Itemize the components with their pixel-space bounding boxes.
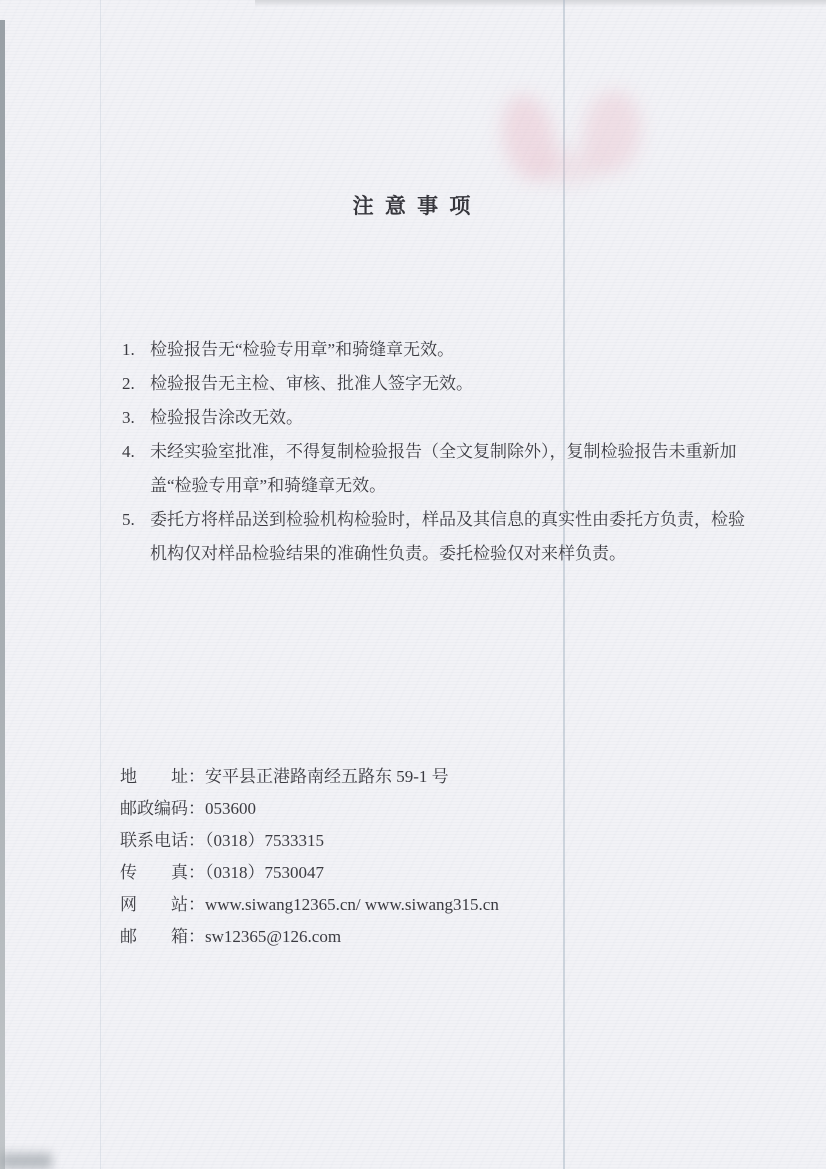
contact-row-phone: 联系电话：（0318）7533315	[120, 825, 499, 857]
contact-row-email: 邮 箱：sw12365@126.com	[120, 921, 499, 953]
notice-item-number: 3.	[122, 401, 150, 435]
notice-item: 5. 委托方将样品送到检验机构检验时，样品及其信息的真实性由委托方负责，检验机构…	[122, 503, 747, 571]
notice-item: 1. 检验报告无“检验专用章”和骑缝章无效。	[122, 333, 747, 367]
contact-label: 网 站：	[120, 895, 205, 914]
contact-label: 邮 箱：	[120, 927, 205, 946]
notice-item-text: 未经实验室批准，不得复制检验报告（全文复制除外），复制检验报告未重新加盖“检验专…	[150, 435, 747, 503]
contact-block: 地 址：安平县正港路南经五路东 59-1 号 邮政编码：053600 联系电话：…	[120, 761, 499, 953]
notice-item-text: 检验报告涂改无效。	[150, 401, 747, 435]
notice-item: 2. 检验报告无主检、审核、批准人签字无效。	[122, 367, 747, 401]
contact-row-fax: 传 真：（0318）7530047	[120, 857, 499, 889]
paper-fold-line-faint	[100, 0, 101, 1169]
page-title: 注 意 事 项	[0, 190, 826, 220]
notice-item: 3. 检验报告涂改无效。	[122, 401, 747, 435]
notice-item-text: 检验报告无“检验专用章”和骑缝章无效。	[150, 333, 747, 367]
contact-value: （0318）7533315	[205, 831, 324, 850]
contact-label: 联系电话：	[120, 831, 205, 850]
scan-edge-top	[255, 0, 826, 7]
notice-list: 1. 检验报告无“检验专用章”和骑缝章无效。 2. 检验报告无主检、审核、批准人…	[122, 333, 747, 571]
notice-item-text: 检验报告无主检、审核、批准人签字无效。	[150, 367, 747, 401]
notice-item-text: 委托方将样品送到检验机构检验时，样品及其信息的真实性由委托方负责，检验机构仅对样…	[150, 503, 747, 571]
contact-label: 地 址：	[120, 767, 205, 786]
contact-value: 053600	[205, 799, 256, 818]
scanned-notice-page: 注 意 事 项 1. 检验报告无“检验专用章”和骑缝章无效。 2. 检验报告无主…	[0, 0, 826, 1169]
contact-label: 邮政编码：	[120, 799, 205, 818]
notice-item-number: 1.	[122, 333, 150, 367]
notice-item-number: 4.	[122, 435, 150, 503]
contact-row-address: 地 址：安平县正港路南经五路东 59-1 号	[120, 761, 499, 793]
contact-row-postcode: 邮政编码：053600	[120, 793, 499, 825]
contact-row-website: 网 站：www.siwang12365.cn/ www.siwang315.cn	[120, 889, 499, 921]
contact-value: 安平县正港路南经五路东 59-1 号	[205, 767, 449, 786]
contact-value: sw12365@126.com	[205, 927, 341, 946]
scan-corner-smudge	[0, 1153, 52, 1169]
notice-item-number: 2.	[122, 367, 150, 401]
contact-value: www.siwang12365.cn/ www.siwang315.cn	[205, 895, 499, 914]
contact-value: （0318）7530047	[205, 863, 324, 882]
contact-label: 传 真：	[120, 863, 205, 882]
notice-item-number: 5.	[122, 503, 150, 571]
ink-bleed-watermark	[540, 150, 600, 184]
notice-item: 4. 未经实验室批准，不得复制检验报告（全文复制除外），复制检验报告未重新加盖“…	[122, 435, 747, 503]
